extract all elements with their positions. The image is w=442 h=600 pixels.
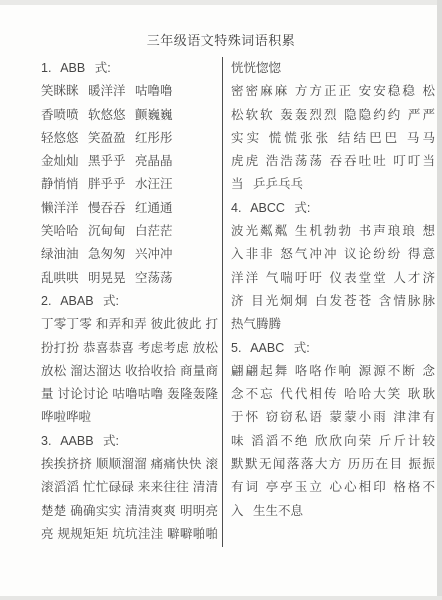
text-line: 念不忘 代代相传 哈哈大笑 耿耿 <box>231 383 435 406</box>
text-line: 放松 溜达溜达 收拾收拾 商量商 <box>41 360 218 383</box>
right-column: 恍恍惚惚密密麻麻 方方正正 安安稳稳 松松软软 轰轰烈烈 隐隐约约 严严实实 慌… <box>231 57 435 523</box>
text-line: 热气腾腾 <box>231 313 435 336</box>
scan-edge-top <box>0 0 442 5</box>
text-line: 1. ABB 式: <box>41 57 218 80</box>
column-divider <box>222 57 223 547</box>
text-line: 3. AABB 式: <box>41 430 218 453</box>
text-line: 翩翩起舞 咯咯作响 源源不断 念 <box>231 360 435 383</box>
text-line: 密密麻麻 方方正正 安安稳稳 松 <box>231 80 435 103</box>
text-line: 于怀 窃窃私语 蒙蒙小雨 津津有 <box>231 406 435 429</box>
text-line: 入 生生不息 <box>231 500 435 523</box>
scan-edge-right <box>437 0 442 600</box>
text-line: 济 目光炯炯 白发苍苍 含情脉脉 <box>231 290 435 313</box>
left-column: 1. ABB 式:笑眯眯 暖洋洋 咕噜噜香喷喷 软悠悠 颤巍巍轻悠悠 笑盈盈 红… <box>41 57 218 546</box>
page-title: 三年级语文特殊词语积累 <box>0 30 442 49</box>
text-line: 笑眯眯 暖洋洋 咕噜噜 <box>41 80 218 103</box>
text-line: 楚楚 确确实实 清清爽爽 明明亮 <box>41 500 218 523</box>
text-line: 丁零丁零 和弄和弄 彼此彼此 打 <box>41 313 218 336</box>
text-line: 轻悠悠 笑盈盈 红彤彤 <box>41 127 218 150</box>
text-line: 实实 慌慌张张 结结巴巴 马马 <box>231 127 435 150</box>
text-line: 当 乒乒乓乓 <box>231 173 435 196</box>
text-line: 量 讨论讨论 咕噜咕噜 轰隆轰隆 <box>41 383 218 406</box>
text-line: 味 滔滔不绝 欣欣向荣 斤斤计较 <box>231 430 435 453</box>
text-line: 滚滔滔 忙忙碌碌 来来往往 清清 <box>41 476 218 499</box>
text-line: 香喷喷 软悠悠 颤巍巍 <box>41 104 218 127</box>
text-line: 亮 规规矩矩 坑坑洼洼 噼噼啪啪 <box>41 523 218 546</box>
document-page: 三年级语文特殊词语积累 1. ABB 式:笑眯眯 暖洋洋 咕噜噜香喷喷 软悠悠 … <box>0 0 442 600</box>
text-line: 哗啦哗啦 <box>41 406 218 429</box>
text-line: 2. ABAB 式: <box>41 290 218 313</box>
text-line: 波光粼粼 生机勃勃 书声琅琅 想 <box>231 220 435 243</box>
text-line: 笑哈哈 沉甸甸 白茫茫 <box>41 220 218 243</box>
text-line: 恍恍惚惚 <box>231 57 435 80</box>
text-line: 懒洋洋 慢吞吞 红通通 <box>41 197 218 220</box>
text-line: 入非非 怒气冲冲 议论纷纷 得意 <box>231 243 435 266</box>
text-line: 松软软 轰轰烈烈 隐隐约约 严严 <box>231 104 435 127</box>
text-line: 绿油油 急匆匆 兴冲冲 <box>41 243 218 266</box>
text-line: 有词 亭亭玉立 心心相印 格格不 <box>231 476 435 499</box>
text-line: 乱哄哄 明晃晃 空荡荡 <box>41 267 218 290</box>
text-line: 4. ABCC 式: <box>231 197 435 220</box>
text-line: 洋洋 气喘吁吁 仪表堂堂 人才济 <box>231 267 435 290</box>
text-line: 虎虎 浩浩荡荡 吞吞吐吐 叮叮当 <box>231 150 435 173</box>
scan-edge-bottom <box>0 596 442 600</box>
text-line: 默默无闻落落大方 历历在目 振振 <box>231 453 435 476</box>
text-line: 静悄悄 胖乎乎 水汪汪 <box>41 173 218 196</box>
text-line: 扮打扮 恭喜恭喜 考虑考虑 放松 <box>41 337 218 360</box>
text-line: 金灿灿 黑乎乎 亮晶晶 <box>41 150 218 173</box>
text-line: 5. AABC 式: <box>231 337 435 360</box>
text-line: 挨挨挤挤 顺顺溜溜 痛痛快快 滚 <box>41 453 218 476</box>
